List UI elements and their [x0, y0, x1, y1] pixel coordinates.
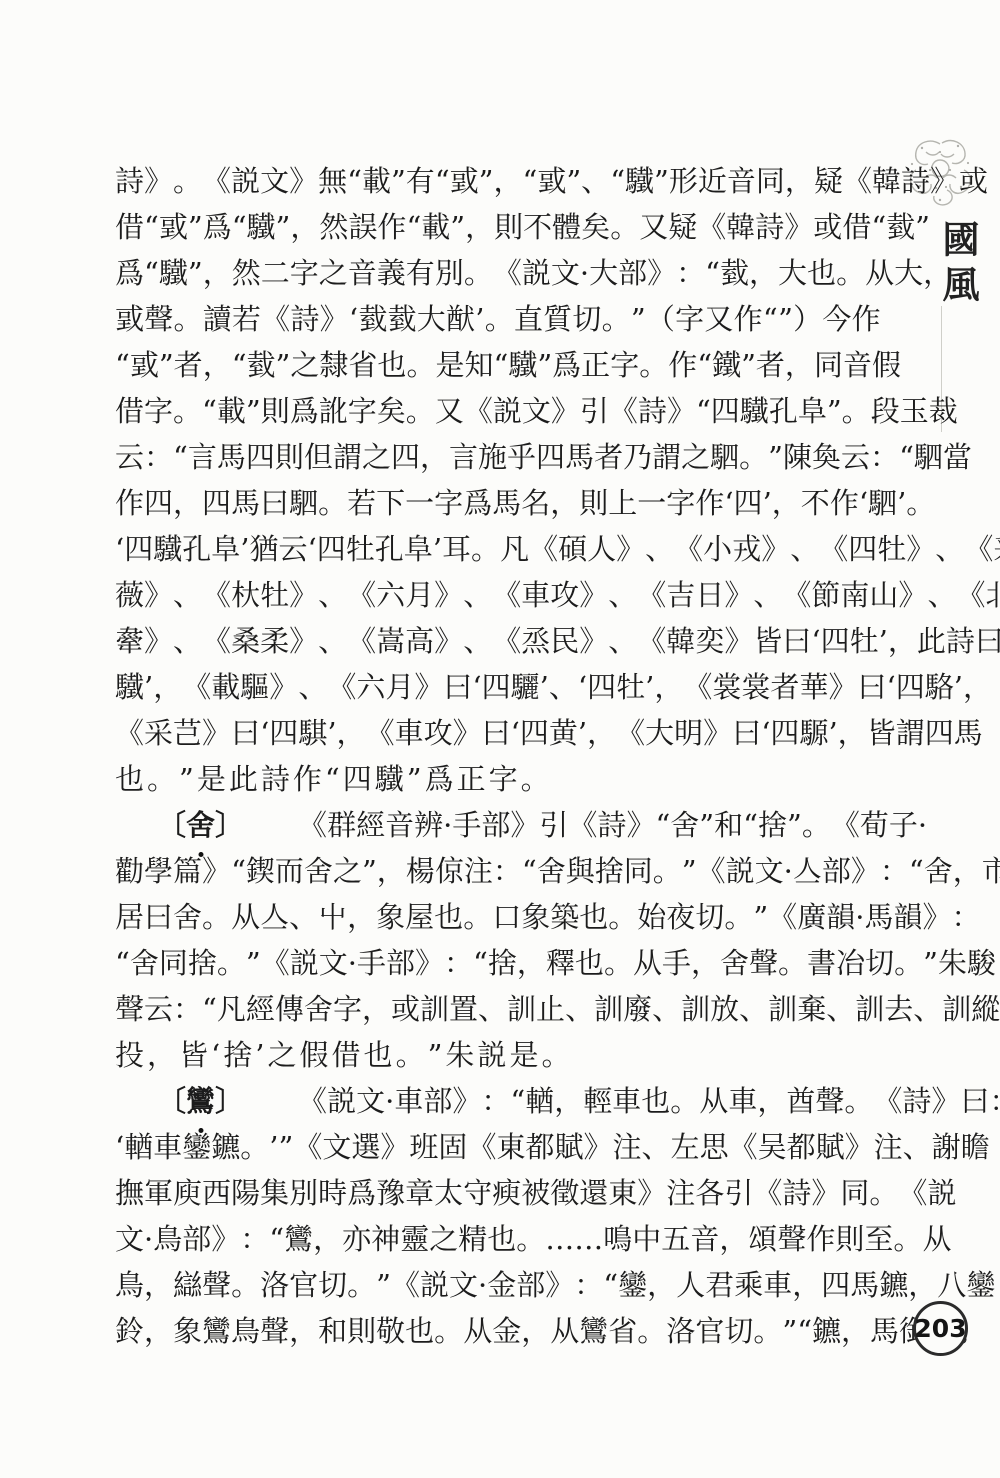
text-line: “舍同捨。”《説文·手部》：“捨，釋也。从手，舍聲。書冶切。”朱駿	[115, 940, 881, 986]
text-line: 〔舍〕《群經音辨·手部》引《詩》“舍”和“捨”。《荀子·	[115, 802, 881, 848]
book-page: 國風 詩》。《説文》無“載”有“戜”，“戜”、“驖”形近音同，疑《韓詩》或借“戜…	[0, 0, 1000, 1478]
text-line: ‘四驖孔阜’猶云‘四牡孔阜’耳。凡《碩人》、《小戎》、《四牡》、《采	[115, 526, 881, 572]
text-line: 爲“驖”，然二字之音義有別。《説文·大部》：“臷，大也。从大，	[115, 250, 881, 296]
text-line: 居曰舍。从亼、屮，象屋也。口象築也。始夜切。”《廣韻·馬韻》：	[115, 894, 881, 940]
body-text: 詩》。《説文》無“載”有“戜”，“戜”、“驖”形近音同，疑《韓詩》或借“戜”爲“…	[115, 158, 881, 1354]
entry-headword: 〔鸞〕	[157, 1078, 244, 1124]
page-number-badge: 203	[913, 1301, 968, 1356]
text-line: 驖’，《載驅》、《六月》曰‘四驪’、‘四牡’，《裳裳者華》曰‘四駱’，	[115, 664, 881, 710]
text-line: 《采芑》曰‘四騏’，《車攻》曰‘四黄’，《大明》曰‘四騵’，皆謂四馬	[115, 710, 881, 756]
text-line: 詩》。《説文》無“載”有“戜”，“戜”、“驖”形近音同，疑《韓詩》或	[115, 158, 881, 204]
text-line: ‘輶車鑾鑣。’”《文選》班固《東都賦》注、左思《吴都賦》注、謝瞻《王	[115, 1124, 881, 1170]
text-line: 舝》、《桑柔》、《嵩高》、《烝民》、《韓奕》皆曰‘四牡’，此詩曰‘四	[115, 618, 881, 664]
text-line: 也。”是此詩作“四驖”爲正字。	[115, 756, 881, 802]
text-line: 鈴，象鸞鳥聲，和則敬也。从金，从鸞省。洛官切。”“鑣，馬銜也。	[115, 1308, 881, 1354]
entry-headword: 〔舍〕	[157, 802, 244, 848]
text-line: “戜”者，“臷”之隸省也。是知“驖”爲正字。作“鐵”者，同音假	[115, 342, 881, 388]
text-line: 借“戜”爲“驖”，然誤作“載”，則不體矣。又疑《韓詩》或借“臷”	[115, 204, 881, 250]
text-line: 借字。“載”則爲訛字矣。又《説文》引《詩》“四驖孔阜”。段玉裁	[115, 388, 881, 434]
text-line: 薇》、《杕牡》、《六月》、《車攻》、《吉日》、《節南山》、《北山》、《車	[115, 572, 881, 618]
text-line: 聲云：“凡經傳舍字，或訓置、訓止、訓廢、訓放、訓棄、訓去、訓縱、訓	[115, 986, 881, 1032]
text-line: 勸學篇》“鍥而舍之”，楊倞注：“舍與捨同。”《説文·亼部》：“舍，市	[115, 848, 881, 894]
text-line: 作四，四馬曰駟。若下一字爲馬名，則上一字作‘四’，不作‘駟’。	[115, 480, 881, 526]
text-line: 撫軍庾西陽集別時爲豫章太守瘐被徵還東》注各引《詩》同。《説	[115, 1170, 881, 1216]
text-line: 〔鸞〕《説文·車部》：“輶，輕車也。从車，酋聲。《詩》曰：	[115, 1078, 881, 1124]
page-number: 203	[914, 1314, 966, 1343]
text-line: 投，皆‘捨’之假借也。”朱説是。	[115, 1032, 881, 1078]
text-line: 戜聲。讀若《詩》‘臷臷大猷’。直質切。”（字又作“𡘞”）今作	[115, 296, 881, 342]
text-line: 文·鳥部》：“鸞，亦神靈之精也。……鳴中五音，頌聲作則至。从	[115, 1216, 881, 1262]
text-line: 鳥，䜌聲。洛官切。”《説文·金部》：“鑾，人君乘車，四馬鑣，八鑾	[115, 1262, 881, 1308]
text-line: 云：“言馬四則但謂之四，言施乎四馬者乃謂之駟。”陳奐云：“駟當	[115, 434, 881, 480]
